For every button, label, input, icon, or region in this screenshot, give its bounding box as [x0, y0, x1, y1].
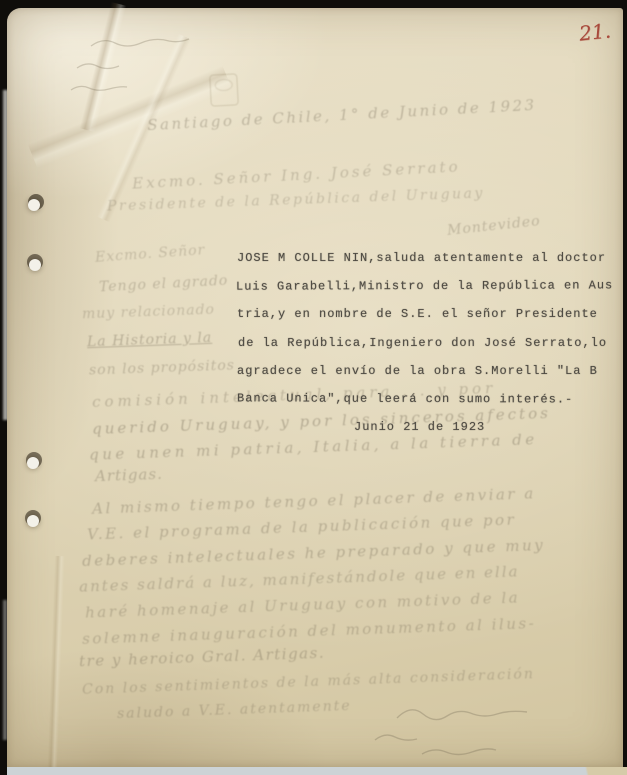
- handwritten-line: Tengo el agrado: [99, 273, 229, 296]
- typed-date: Junio 21 de 1923: [237, 413, 622, 441]
- handwritten-line: Artigas.: [95, 465, 163, 485]
- punch-hole: [27, 457, 39, 469]
- page-number: 21.: [578, 18, 612, 45]
- faint-stamp-mark: [209, 73, 239, 106]
- signature-scribble: [367, 696, 577, 766]
- typed-line: agradece el envío de la obra S.Morelli "…: [237, 357, 622, 385]
- handwritten-city: Montevideo: [446, 213, 541, 239]
- paper-crease: [47, 556, 64, 771]
- typed-line: Banca Unica",que leerá con sumo interés.…: [237, 384, 622, 414]
- handwritten-line: son los propósitos: [89, 357, 235, 378]
- handwritten-closing: saludo a V.E. atentamente: [117, 698, 352, 722]
- typed-line: Luis Garabelli,Ministro de la República …: [236, 272, 621, 302]
- paper-crease: [80, 2, 127, 132]
- punch-hole: [27, 515, 39, 527]
- punch-hole: [29, 259, 41, 271]
- typed-line: de la República,Ingeniero don José Serra…: [238, 329, 623, 357]
- illegible-pencil-note: [69, 28, 219, 108]
- handwritten-line: La Historia y la: [87, 330, 213, 350]
- handwritten-date-line: Santiago de Chile, 1° de Junio de 1923: [147, 96, 537, 134]
- handwritten-line: Con los sentimientos de la más alta cons…: [82, 666, 535, 698]
- letter-page: 21. Santiago de Chile, 1° de Junio de 19…: [7, 8, 623, 767]
- typed-line: JOSE M COLLE NIN,saluda atentamente al d…: [237, 244, 622, 272]
- paper-corner-wedge: [552, 767, 627, 775]
- handwritten-line: Excmo. Señor: [95, 242, 206, 266]
- typed-line: tria,y en nombre de S.E. el señor Presid…: [237, 300, 622, 328]
- handwritten-line: tre y heroico Gral. Artigas.: [79, 644, 326, 671]
- typewritten-note: JOSE M COLLE NIN,saluda atentamente al d…: [237, 244, 622, 441]
- handwritten-line: muy relacionado: [82, 302, 215, 323]
- scanner-bed-strip: [7, 767, 627, 775]
- punch-hole: [28, 199, 40, 211]
